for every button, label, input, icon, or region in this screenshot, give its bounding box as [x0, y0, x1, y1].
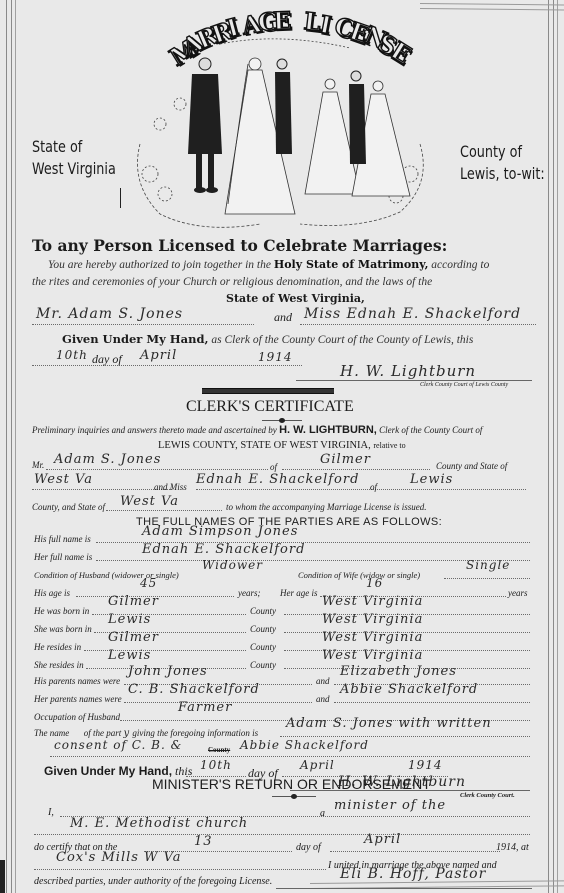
- fill-line: [96, 560, 530, 561]
- she-born-county-field: Lewis: [108, 612, 151, 627]
- bride-name-field: Miss Ednah E. Shackelford: [304, 306, 521, 322]
- wife-condition-label: Condition of Wife (widow or single): [298, 570, 420, 580]
- lewis-county-text: LEWIS COUNTY, STATE OF WEST VIRGINIA,: [158, 440, 371, 451]
- border-line: [553, 0, 554, 893]
- mr-label: Mr.: [32, 460, 44, 470]
- he-born-state-field: West Virginia: [322, 594, 423, 609]
- county-label: County: [250, 624, 276, 634]
- marriage-place-field: Cox's Mills W Va: [56, 850, 182, 865]
- minister-year-field: 1914, at: [496, 842, 529, 853]
- license-year-field: 1914: [258, 350, 293, 364]
- his-name-label: His full name is: [34, 534, 91, 544]
- he-resides-label: He resides in: [34, 642, 81, 652]
- her-full-name-field: Ednah E. Shackelford: [142, 542, 305, 557]
- license-body-text: the rites and ceremonies of your Church …: [32, 276, 432, 288]
- fill-line: [330, 851, 500, 852]
- occupation-label: Occupation of Husband: [34, 712, 120, 722]
- his-age-label: His age is: [34, 588, 70, 598]
- cert-groom-field: Adam S. Jones: [54, 452, 161, 467]
- lewis-county-line: LEWIS COUNTY, STATE OF WEST VIRGINIA, re…: [158, 440, 406, 451]
- minister-month-field: April: [364, 832, 401, 847]
- cert-groom-state-field: West Va: [34, 472, 93, 487]
- county-label: Lewis, to-wit:: [460, 164, 545, 183]
- his-father-field: John Jones: [128, 664, 208, 679]
- stray-mark: [120, 188, 121, 208]
- county-state-label: County and State of: [436, 461, 507, 471]
- fill-line: [32, 365, 302, 366]
- his-mother-field: Elizabeth Jones: [340, 664, 457, 679]
- border-line: [557, 0, 558, 893]
- section-divider: [202, 388, 334, 394]
- state-label: State of: [32, 137, 82, 156]
- day-of-label: day of: [92, 352, 122, 367]
- husband-condition-field: Widower: [202, 558, 263, 572]
- minister-signature: Eli B. Hoff, Pastor: [340, 866, 486, 882]
- preliminary-text: Preliminary inquiries and answers theret…: [32, 425, 277, 435]
- fill-line: [32, 489, 172, 490]
- fill-line: [34, 834, 530, 835]
- his-age-field: 45: [140, 576, 157, 590]
- signature-caption: Clerk County Court.: [460, 792, 515, 799]
- license-body-line: You are hereby authorized to join togeth…: [48, 258, 489, 271]
- i-label: I,: [48, 807, 54, 818]
- clerk-certificate-heading: CLERK'S CERTIFICATE: [186, 398, 354, 416]
- given-text: as Clerk of the County Court of the Coun…: [211, 334, 473, 346]
- county-label: County: [250, 642, 276, 652]
- clerk-signature: H. W. Lightburn: [340, 362, 476, 380]
- informant-field: consent of C. B. &: [54, 738, 182, 752]
- minister-return-heading: MINISTER'S RETURN OR ENDORSEMENT: [152, 776, 431, 792]
- county-struck-label: County: [208, 746, 230, 754]
- border-line: [11, 0, 12, 893]
- informant-label-text: of the part: [84, 728, 122, 738]
- her-age-field: 16: [366, 576, 383, 590]
- border-line: [420, 8, 564, 11]
- informant-field: Adam S. Jones with written: [286, 716, 492, 731]
- county-label: County: [250, 606, 276, 616]
- church-field: M. E. Methodist church: [70, 816, 248, 831]
- wedding-ceremony-illustration: [120, 34, 440, 230]
- border-line: [6, 0, 7, 893]
- issued-label: to whom the accompanying Marriage Licens…: [226, 502, 426, 512]
- minister-role-field: minister of the: [334, 798, 446, 813]
- fill-line: [282, 469, 430, 470]
- border-line: [548, 0, 549, 893]
- occupation-field: Farmer: [178, 700, 232, 715]
- years-label: years;: [238, 588, 261, 598]
- her-mother-field: Abbie Shackelford: [340, 682, 478, 697]
- years-label: years: [508, 588, 528, 598]
- she-resides-state-field: West Virginia: [322, 648, 423, 663]
- she-resides-county-field: Lewis: [108, 648, 151, 663]
- fill-line: [32, 324, 254, 325]
- fill-line: [50, 756, 530, 757]
- county-label: County: [250, 660, 276, 670]
- cert-bride-field: Ednah E. Shackelford: [196, 472, 359, 487]
- informant-field: Abbie Shackelford: [240, 738, 369, 752]
- border-line: [420, 3, 564, 6]
- cert-bride-county-field: Lewis: [410, 472, 453, 487]
- fill-line: [444, 578, 530, 579]
- her-age-label: Her age is: [280, 588, 318, 598]
- at-label: , at: [516, 842, 529, 853]
- fill-line: [34, 869, 326, 870]
- border-line: [15, 0, 16, 893]
- preliminary-text: Clerk of the County Court of: [379, 425, 482, 435]
- his-parents-label: His parents names were: [34, 676, 120, 686]
- ornament-divider: [272, 796, 316, 797]
- and-label: and: [316, 676, 330, 686]
- wife-condition-field: Single: [466, 558, 510, 572]
- marriage-license-page: MARRIAGE LICENSE: [0, 0, 564, 893]
- title-letter: E: [273, 6, 292, 36]
- day-of-label: day of: [296, 842, 321, 853]
- signature-line: [296, 380, 532, 381]
- he-resides-county-field: Gilmer: [108, 630, 159, 645]
- she-born-label: She was born in: [34, 624, 92, 634]
- fill-line: [334, 702, 530, 703]
- she-born-state-field: West Virginia: [322, 612, 423, 627]
- his-full-name-field: Adam Simpson Jones: [142, 524, 298, 539]
- minister-day-field: 13: [194, 834, 213, 849]
- she-resides-label: She resides in: [34, 660, 84, 670]
- state-of-wv-text: State of West Virginia,: [226, 292, 365, 305]
- her-parents-label: Her parents names were: [34, 694, 122, 704]
- of-label: of: [270, 462, 277, 472]
- and-label: and: [316, 694, 330, 704]
- of-label: of: [370, 482, 377, 492]
- license-body-text: according to: [431, 259, 489, 271]
- her-name-label: Her full name is: [34, 552, 92, 562]
- given-label: Given Under My Hand,: [62, 332, 209, 346]
- cert-groom-county-field: Gilmer: [320, 452, 371, 467]
- county-state-label: County, and State of: [32, 502, 105, 512]
- ornament-divider: [262, 420, 302, 421]
- license-day-field: 10th: [56, 348, 88, 362]
- he-born-county-field: Gilmer: [108, 594, 159, 609]
- license-month-field: April: [140, 348, 177, 363]
- county-label: County of: [460, 142, 522, 161]
- groom-name-field: Mr. Adam S. Jones: [36, 306, 183, 322]
- clerk-name: H. W. LIGHTBURN,: [279, 424, 377, 436]
- cert-bride-state-field: West Va: [120, 494, 179, 509]
- signature-line: [276, 888, 532, 889]
- her-father-field: C. B. Shackelford: [128, 682, 260, 697]
- he-resides-state-field: West Virginia: [322, 630, 423, 645]
- scan-edge: [0, 860, 5, 893]
- informant-label-text: The name: [34, 728, 69, 738]
- year-value: 1914: [496, 842, 516, 853]
- license-body-text: You are hereby authorized to join togeth…: [48, 259, 271, 271]
- license-heading: To any Person Licensed to Celebrate Marr…: [32, 236, 447, 255]
- preliminary-line: Preliminary inquiries and answers theret…: [32, 424, 482, 436]
- authority-label: described parties, under authority of th…: [34, 876, 272, 887]
- informant-label-text: giving the foregoing information is: [132, 728, 258, 738]
- and-miss-label: and Miss: [154, 482, 187, 492]
- state-label: West Virginia: [32, 159, 116, 178]
- he-born-label: He was born in: [34, 606, 89, 616]
- cert-day-field: 10th: [200, 758, 232, 772]
- cert-month-field: April: [300, 758, 335, 772]
- fill-line: [46, 469, 268, 470]
- cert-year-field: 1914: [408, 758, 443, 772]
- fill-line: [300, 324, 536, 325]
- holy-state-text: Holy State of Matrimony,: [274, 258, 429, 271]
- fill-line: [280, 736, 530, 737]
- a-label: a: [320, 808, 325, 819]
- signature-caption: Clerk County Court of Lewis County: [420, 382, 508, 388]
- and-label: and: [274, 310, 292, 325]
- fill-line: [106, 510, 222, 511]
- relative-to-text: relative to: [373, 441, 405, 450]
- given-under-line: Given Under My Hand, as Clerk of the Cou…: [62, 332, 473, 346]
- fill-line: [196, 489, 526, 490]
